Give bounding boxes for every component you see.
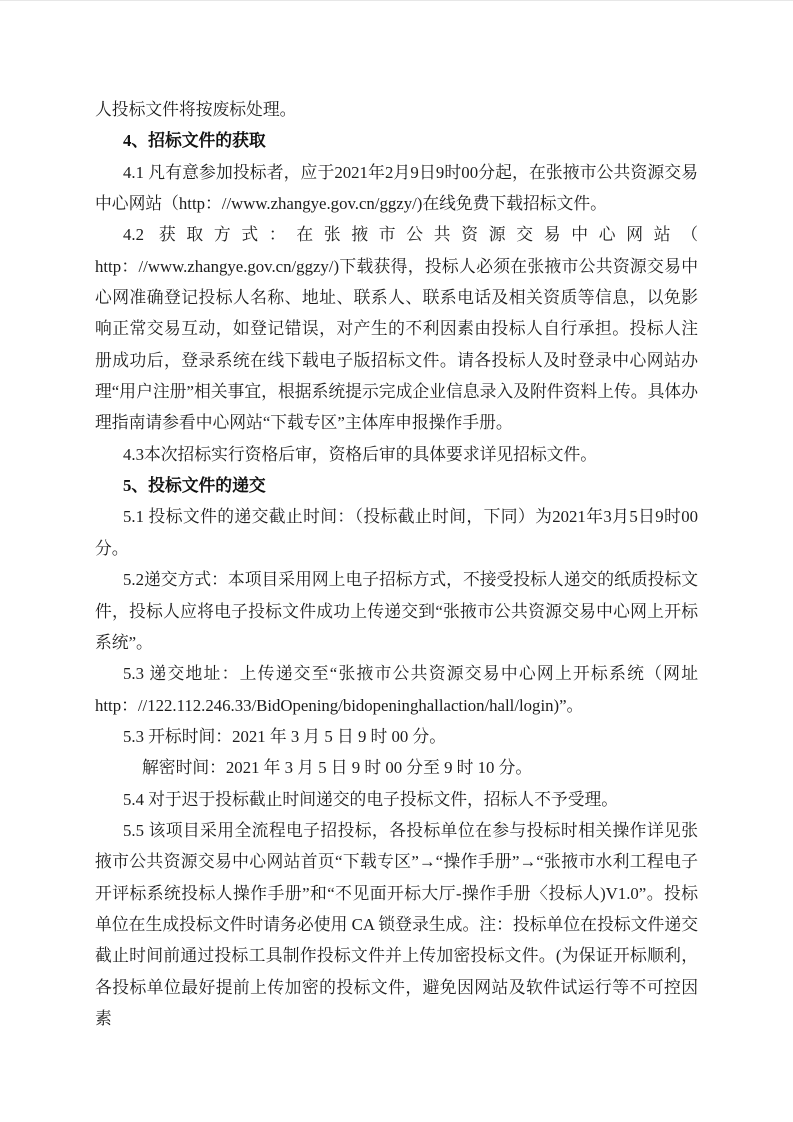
paragraph: 5.2递交方式：本项目采用网上电子招标方式，不接受投标人递交的纸质投标文件，投标… bbox=[95, 564, 698, 658]
paragraph: 解密时间：2021 年 3 月 5 日 9 时 00 分至 9 时 10 分。 bbox=[95, 752, 698, 783]
paragraph: 4.3本次招标实行资格后审，资格后审的具体要求详见招标文件。 bbox=[95, 439, 698, 470]
paragraph: 5.3 开标时间：2021 年 3 月 5 日 9 时 00 分。 bbox=[95, 721, 698, 752]
section-heading: 5、投标文件的递交 bbox=[95, 470, 698, 501]
document-body: 人投标文件将按废标处理。4、招标文件的获取4.1 凡有意参加投标者，应于2021… bbox=[95, 94, 698, 1034]
section-heading: 4、招标文件的获取 bbox=[95, 125, 698, 156]
paragraph: 人投标文件将按废标处理。 bbox=[95, 94, 698, 125]
paragraph: 5.5 该项目采用全流程电子招投标，各投标单位在参与投标时相关操作详见张掖市公共… bbox=[95, 815, 698, 1034]
paragraph: 5.1 投标文件的递交截止时间：（投标截止时间，下同）为2021年3月5日9时0… bbox=[95, 501, 698, 564]
paragraph: 4.1 凡有意参加投标者，应于2021年2月9日9时00分起，在张掖市公共资源交… bbox=[95, 157, 698, 220]
paragraph: 4.2 获取方式：在张掖市公共资源交易中心网站（ http：//www.zhan… bbox=[95, 219, 698, 438]
document-page: 人投标文件将按废标处理。4、招标文件的获取4.1 凡有意参加投标者，应于2021… bbox=[0, 0, 793, 1122]
paragraph: 5.3 递交地址：上传递交至“张掖市公共资源交易中心网上开标系统（网址 http… bbox=[95, 658, 698, 721]
paragraph: 5.4 对于迟于投标截止时间递交的电子投标文件，招标人不予受理。 bbox=[95, 784, 698, 815]
